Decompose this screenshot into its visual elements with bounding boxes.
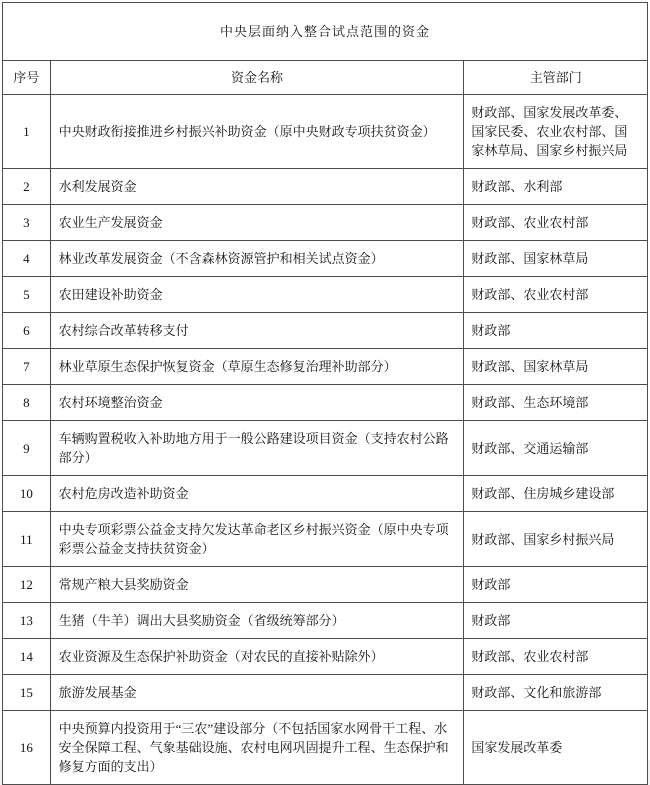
dept-name: 财政部、住房城乡建设部 [464, 476, 648, 512]
table-row: 15 旅游发展基金 财政部、文化和旅游部 [3, 675, 648, 711]
row-number: 5 [3, 277, 51, 313]
fund-name: 车辆购置税收入补助地方用于一般公路建设项目资金（支持农村公路部分） [50, 421, 464, 476]
fund-name: 常规产粮大县奖励资金 [50, 567, 464, 603]
dept-name: 财政部 [464, 603, 648, 639]
row-number: 16 [3, 711, 51, 785]
dept-name: 财政部、国家乡村振兴局 [464, 512, 648, 567]
fund-name: 林业改革发展资金（不含森林资源管护和相关试点资金） [50, 241, 464, 277]
fund-name: 农村危房改造补助资金 [50, 476, 464, 512]
dept-name: 财政部、国家林草局 [464, 349, 648, 385]
dept-name: 财政部、农业农村部 [464, 639, 648, 675]
row-number: 13 [3, 603, 51, 639]
dept-name: 财政部、文化和旅游部 [464, 675, 648, 711]
row-number: 3 [3, 205, 51, 241]
fund-name: 旅游发展基金 [50, 675, 464, 711]
table-row: 2 水利发展资金 财政部、水利部 [3, 169, 648, 205]
row-number: 12 [3, 567, 51, 603]
dept-name: 国家发展改革委 [464, 711, 648, 785]
row-number: 4 [3, 241, 51, 277]
fund-name: 水利发展资金 [50, 169, 464, 205]
dept-name: 财政部、生态环境部 [464, 385, 648, 421]
table-row: 12 常规产粮大县奖励资金 财政部 [3, 567, 648, 603]
table-row: 4 林业改革发展资金（不含森林资源管护和相关试点资金） 财政部、国家林草局 [3, 241, 648, 277]
fund-name: 中央财政衔接推进乡村振兴补助资金（原中央财政专项扶贫资金） [50, 95, 464, 169]
fund-name: 生猪（牛羊）调出大县奖励资金（省级统筹部分） [50, 603, 464, 639]
fund-name: 农业资源及生态保护补助资金（对农民的直接补贴除外） [50, 639, 464, 675]
row-number: 11 [3, 512, 51, 567]
header-no: 序号 [3, 61, 51, 95]
row-number: 14 [3, 639, 51, 675]
row-number: 9 [3, 421, 51, 476]
row-number: 7 [3, 349, 51, 385]
table-row: 14 农业资源及生态保护补助资金（对农民的直接补贴除外） 财政部、农业农村部 [3, 639, 648, 675]
table-title: 中央层面纳入整合试点范围的资金 [3, 3, 648, 61]
row-number: 10 [3, 476, 51, 512]
table-row: 16 中央预算内投资用于“三农”建设部分（不包括国家水网骨干工程、水安全保障工程… [3, 711, 648, 785]
header-dept: 主管部门 [464, 61, 648, 95]
row-number: 15 [3, 675, 51, 711]
table-row: 13 生猪（牛羊）调出大县奖励资金（省级统筹部分） 财政部 [3, 603, 648, 639]
fund-table: 中央层面纳入整合试点范围的资金 序号 资金名称 主管部门 1 中央财政衔接推进乡… [2, 2, 648, 785]
table-row: 6 农村综合改革转移支付 财政部 [3, 313, 648, 349]
table-row: 3 农业生产发展资金 财政部、农业农村部 [3, 205, 648, 241]
dept-name: 财政部、农业农村部 [464, 205, 648, 241]
row-number: 2 [3, 169, 51, 205]
dept-name: 财政部、交通运输部 [464, 421, 648, 476]
table-row: 9 车辆购置税收入补助地方用于一般公路建设项目资金（支持农村公路部分） 财政部、… [3, 421, 648, 476]
dept-name: 财政部、国家林草局 [464, 241, 648, 277]
title-row: 中央层面纳入整合试点范围的资金 [3, 3, 648, 61]
document-page: 中央层面纳入整合试点范围的资金 序号 资金名称 主管部门 1 中央财政衔接推进乡… [0, 0, 650, 760]
dept-name: 财政部 [464, 567, 648, 603]
row-number: 8 [3, 385, 51, 421]
fund-name: 农田建设补助资金 [50, 277, 464, 313]
header-row: 序号 资金名称 主管部门 [3, 61, 648, 95]
fund-name: 农村环境整治资金 [50, 385, 464, 421]
table-row: 8 农村环境整治资金 财政部、生态环境部 [3, 385, 648, 421]
fund-name: 农业生产发展资金 [50, 205, 464, 241]
fund-name: 中央专项彩票公益金支持欠发达革命老区乡村振兴资金（原中央专项彩票公益金支持扶贫资… [50, 512, 464, 567]
header-name: 资金名称 [50, 61, 464, 95]
dept-name: 财政部、农业农村部 [464, 277, 648, 313]
table-row: 7 林业草原生态保护恢复资金（草原生态修复治理补助部分） 财政部、国家林草局 [3, 349, 648, 385]
dept-name: 财政部、国家发展改革委、国家民委、农业农村部、国家林草局、国家乡村振兴局 [464, 95, 648, 169]
row-number: 1 [3, 95, 51, 169]
table-row: 1 中央财政衔接推进乡村振兴补助资金（原中央财政专项扶贫资金） 财政部、国家发展… [3, 95, 648, 169]
table-row: 10 农村危房改造补助资金 财政部、住房城乡建设部 [3, 476, 648, 512]
fund-name: 中央预算内投资用于“三农”建设部分（不包括国家水网骨干工程、水安全保障工程、气象… [50, 711, 464, 785]
table-row: 5 农田建设补助资金 财政部、农业农村部 [3, 277, 648, 313]
table-row: 11 中央专项彩票公益金支持欠发达革命老区乡村振兴资金（原中央专项彩票公益金支持… [3, 512, 648, 567]
row-number: 6 [3, 313, 51, 349]
dept-name: 财政部 [464, 313, 648, 349]
dept-name: 财政部、水利部 [464, 169, 648, 205]
fund-name: 农村综合改革转移支付 [50, 313, 464, 349]
fund-name: 林业草原生态保护恢复资金（草原生态修复治理补助部分） [50, 349, 464, 385]
